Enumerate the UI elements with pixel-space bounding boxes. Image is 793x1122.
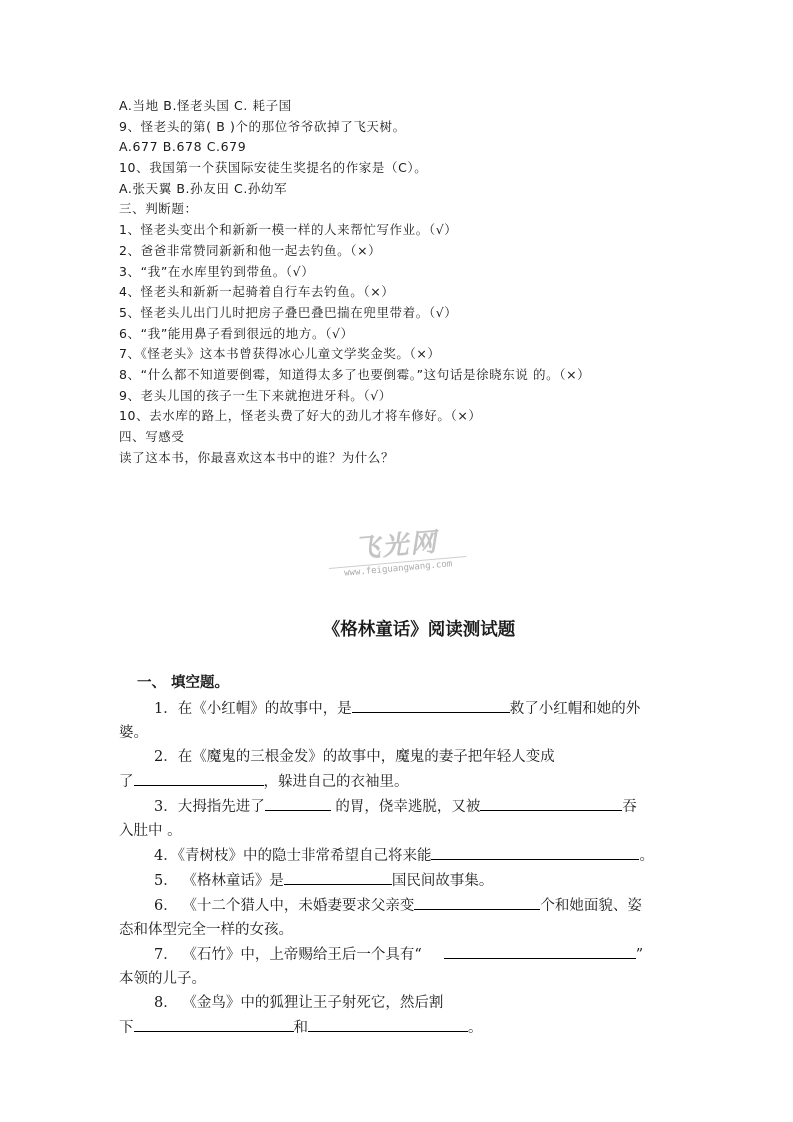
page-title: 《格林童话》阅读测试题 [159,612,679,648]
question-text: ” [636,947,643,963]
fill-question-6: 6． 《十二个猎人中，未婚妻要求父亲变个和她面貌、姿 态和体型完全一样的女孩。 [119,893,679,942]
question-text: 吞 [622,799,637,815]
answer-blank[interactable] [308,1015,468,1032]
question-text: 本领的儿子。 [119,971,206,987]
judgment-item: 10、去水库的路上，怪老头费了好大的劲儿才将车修好。（×） [119,406,590,427]
answer-blank[interactable] [134,769,264,786]
judgment-item: 3、“我”在水库里钓到带鱼。（√） [119,262,590,283]
question-text: 婆。 [119,725,148,741]
fill-question-5: 5． 《格林童话》是国民间故事集。 [119,868,679,893]
question-text: 4．《青树枝》中的隐士非常希望自己将来能 [154,848,431,864]
judgment-item: 9、老头儿国的孩子一生下来就抱进牙科。（√） [119,386,590,407]
fill-question-4: 4．《青树枝》中的隐士非常希望自己将来能。 [119,843,679,868]
fill-question-3: 3．大拇指先进了 的胃，侥幸逃脱，又被吞 入肚中 。 [119,794,679,843]
fill-question-8: 8． 《金鸟》中的狐狸让王子射死它，然后割 下和。 [119,991,679,1040]
watermark: 飞光网 www.feiguangwang.com [320,519,475,592]
question-text: 个和她面貌、姿 [540,898,642,914]
question-text: 。 [468,1020,483,1036]
judgment-item: 1、怪老头变出个和新新一模一样的人来帮忙写作业。（√） [119,220,590,241]
judgment-item: 7、《怪老头》这本书曾获得冰心儿童文学奖金奖。（×） [119,344,590,365]
question-text: ，躲进自己的衣袖里。 [264,774,409,790]
quiz-section-1: A.当地 B.怪老头国 C. 耗子国 9、怪老头的第( B )个的那位爷爷砍掉了… [119,96,590,468]
answer-blank[interactable] [265,794,331,811]
question-text: 2．在《魔鬼的三根金发》的故事中，魔鬼的妻子把年轻人变成 [154,749,555,765]
question-text: 。 [639,848,654,864]
question-text: 8． 《金鸟》中的狐狸让王子射死它，然后割 [154,995,443,1011]
answer-blank[interactable] [480,794,622,811]
question-text: 的胃，侥幸逃脱，又被 [331,799,481,815]
quiz-section-2: 《格林童话》阅读测试题 一、 填空题。 1．在《小红帽》的故事中，是救了小红帽和… [119,612,679,1040]
fill-question-7: 7． 《石竹》中，上帝赐给王后一个具有“” 本领的儿子。 [119,942,679,991]
judgment-item: 4、怪老头和新新一起骑着自行车去钓鱼。（×） [119,282,590,303]
question-text: 6． 《十二个猎人中，未婚妻要求父亲变 [154,898,414,914]
fill-question-2: 2．在《魔鬼的三根金发》的故事中，魔鬼的妻子把年轻人变成 了，躲进自己的衣袖里。 [119,745,679,794]
answer-blank[interactable] [414,893,540,910]
answer-blank[interactable] [352,696,510,713]
reflection-prompt: 读了这本书，你最喜欢这本书中的谁？为什么？ [119,448,590,469]
question-9: 9、怪老头的第( B )个的那位爷爷砍掉了飞天树。 [119,117,590,138]
section-heading-fill-blank: 一、 填空题。 [119,670,679,696]
question-10: 10、我国第一个获国际安徒生奖提名的作家是（C）。 [119,158,590,179]
answer-options-9: A.677 B.678 C.679 [119,137,590,158]
question-text: 7． 《石竹》中，上帝赐给王后一个具有“ [154,947,422,963]
question-text: 5． 《格林童话》是 [154,873,284,889]
fill-question-1: 1．在《小红帽》的故事中，是救了小红帽和她的外 婆。 [119,696,679,745]
judgment-item: 2、爸爸非常赞同新新和他一起去钓鱼。（×） [119,241,590,262]
judgment-item: 8、“什么都不知道要倒霉，知道得太多了也要倒霉。”这句话是徐晓东说 的。（×） [119,365,590,386]
question-text: 入肚中 。 [119,823,182,839]
judgment-item: 5、怪老头儿出门儿时把房子叠巴叠巴揣在兜里带着。（√） [119,303,590,324]
question-text: 国民间故事集。 [392,873,494,889]
question-text: 1．在《小红帽》的故事中，是 [154,701,352,717]
question-text: 3．大拇指先进了 [154,799,265,815]
answer-blank[interactable] [444,942,636,959]
section-heading-reflection: 四、写感受 [119,427,590,448]
question-text: 救了小红帽和她的外 [510,701,641,717]
judgment-item: 6、“我”能用鼻子看到很远的地方。（√） [119,324,590,345]
answer-blank[interactable] [134,1015,294,1032]
question-text: 和 [294,1020,309,1036]
question-text: 态和体型完全一样的女孩。 [119,922,293,938]
answer-options-8: A.当地 B.怪老头国 C. 耗子国 [119,96,590,117]
answer-blank[interactable] [431,843,639,860]
question-text: 下 [119,1020,134,1036]
answer-blank[interactable] [284,868,392,885]
section-heading-judgment: 三、判断题： [119,199,590,220]
question-text: 了 [119,774,134,790]
answer-options-10: A.张天翼 B.孙友田 C.孙幼军 [119,179,590,200]
